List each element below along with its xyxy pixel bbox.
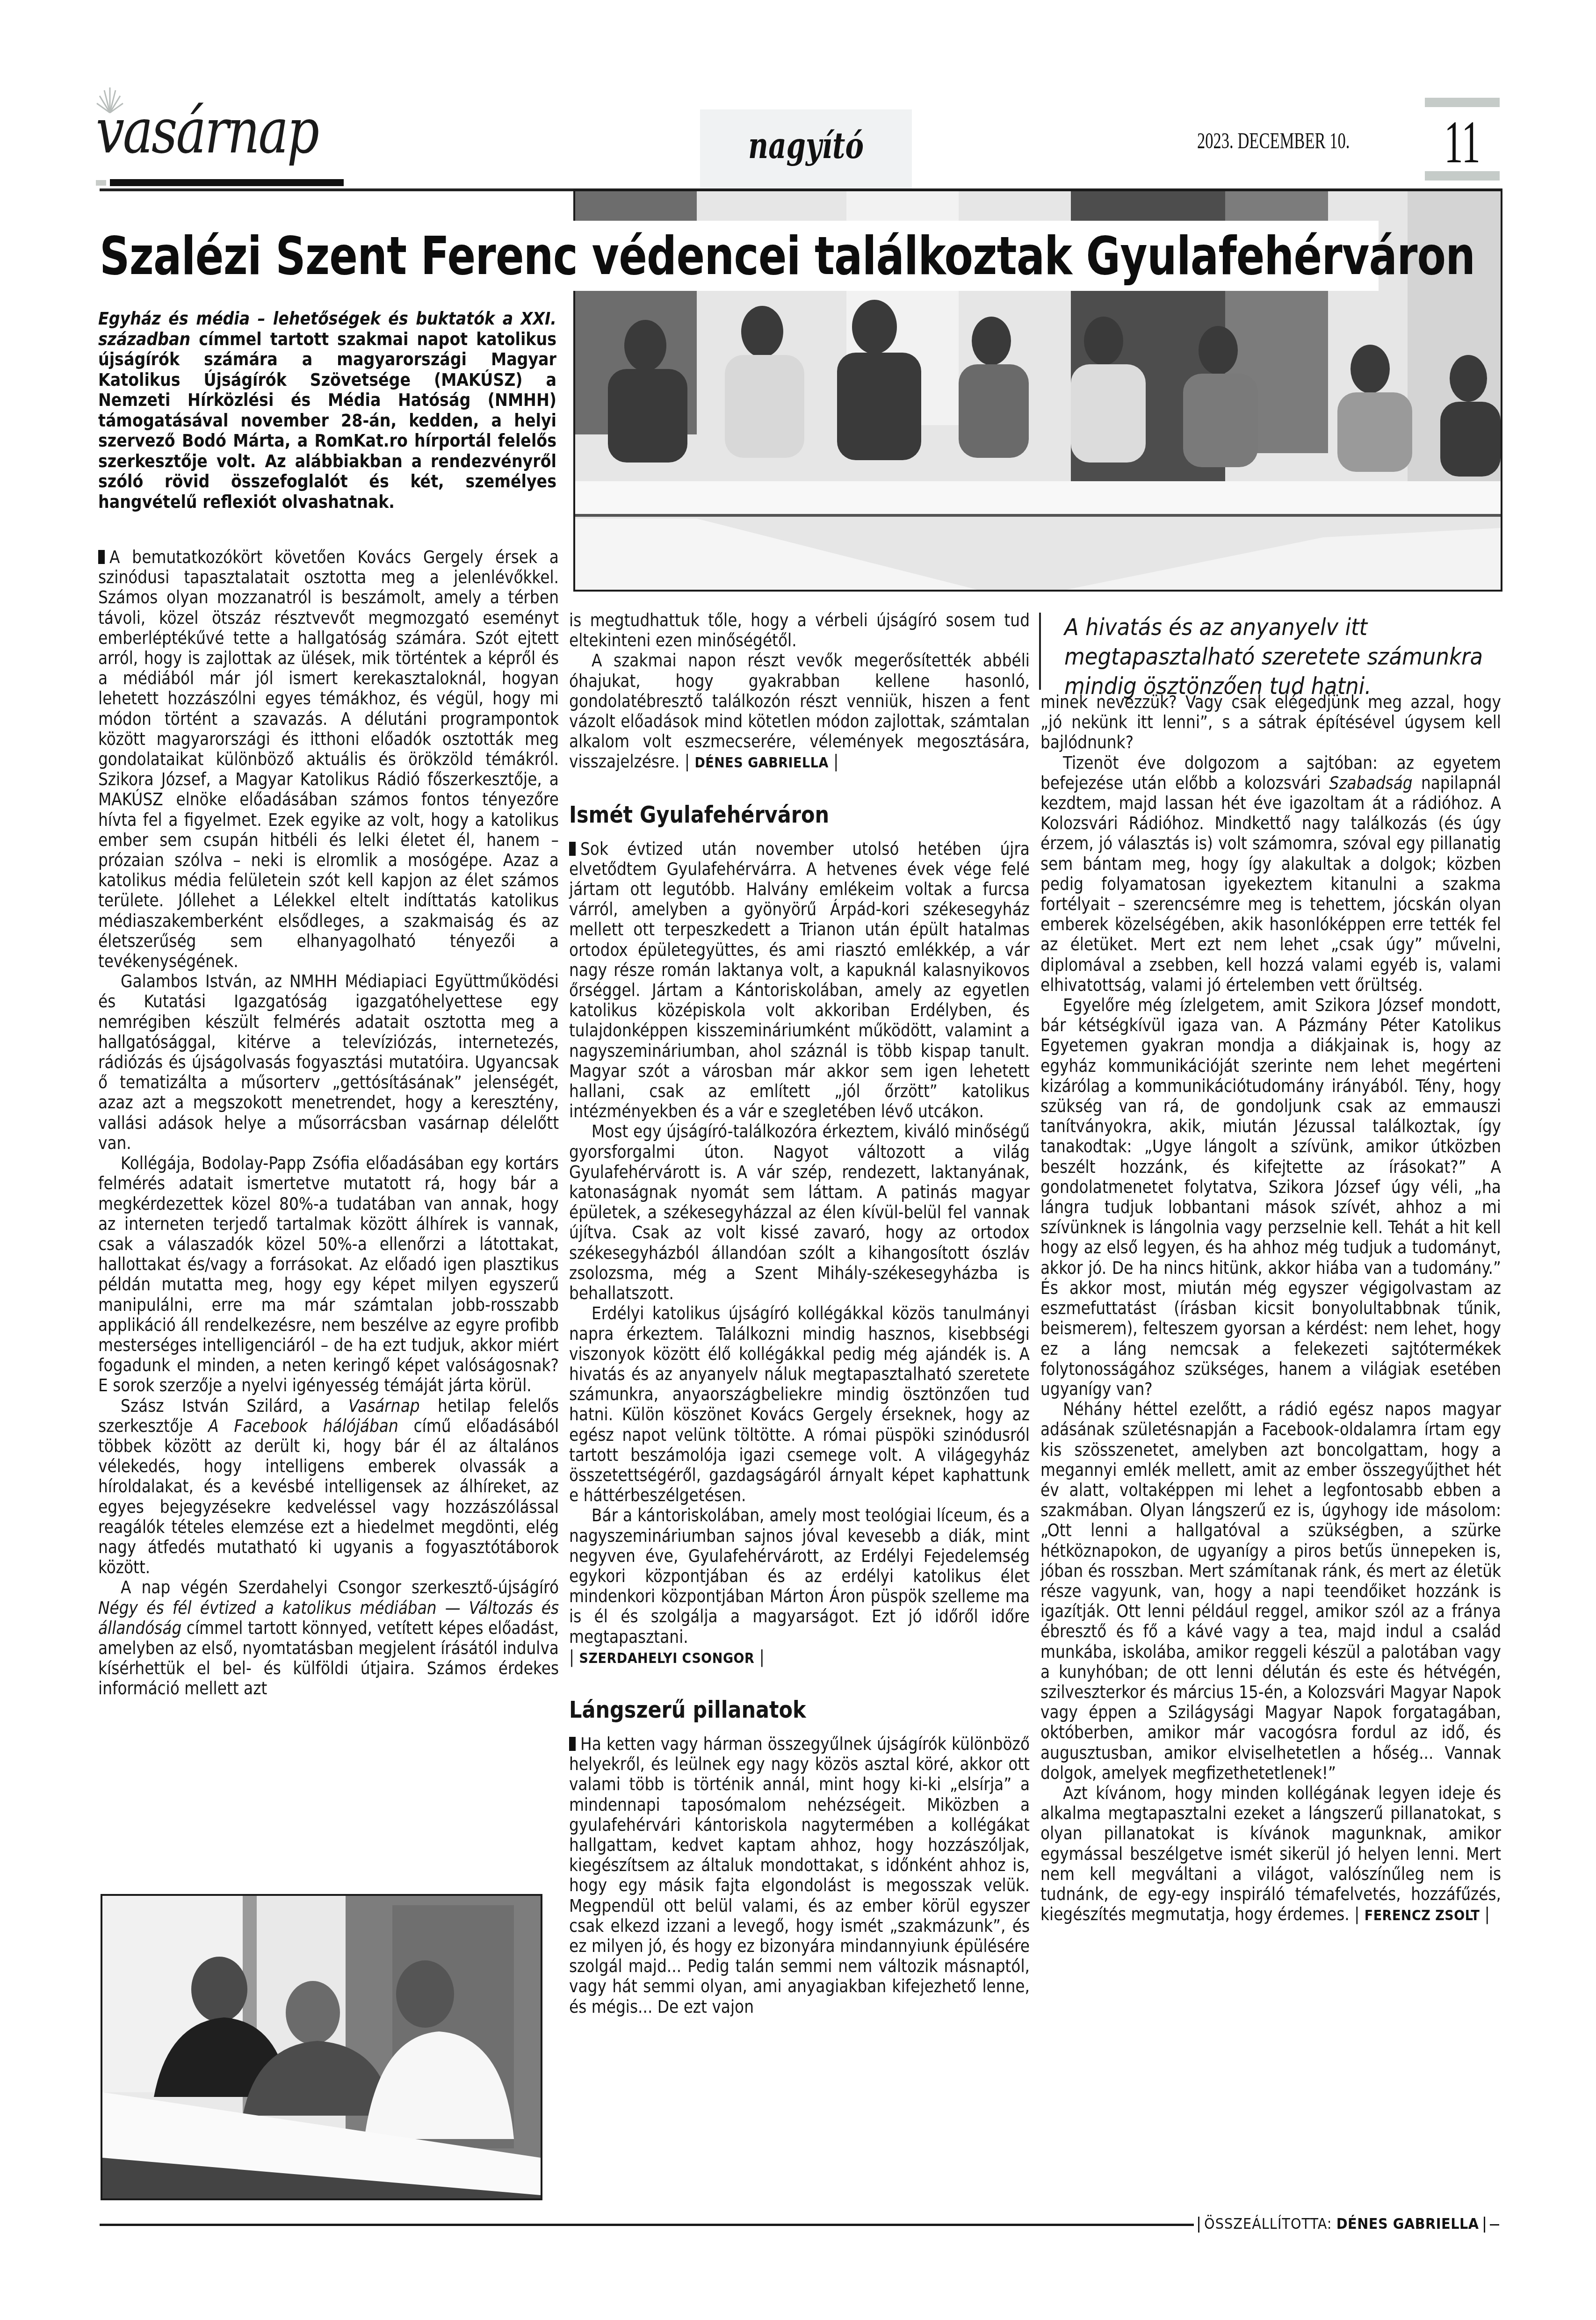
page-number-bar-top	[1425, 98, 1500, 107]
bottom-photo	[101, 1894, 542, 2200]
paragraph-marker-icon	[98, 550, 105, 564]
paragraph: A szakmai napon részt vevők megerősített…	[569, 650, 1030, 773]
paragraph: is megtudhattuk tőle, hogy a vérbeli újs…	[569, 610, 1030, 650]
page-number-box: 11	[1425, 98, 1500, 191]
column-right: minek nevezzük? Vagy csak elégedjünk meg…	[1040, 692, 1501, 1926]
article-lead: Egyház és média – lehetőségek és buktató…	[98, 309, 556, 512]
page-number: 11	[1439, 112, 1485, 173]
subheading: Lángszerű pillanatok	[569, 1696, 965, 1724]
issue-date: 2023. DECEMBER 10.	[1197, 127, 1332, 155]
paragraph: Tizenöt éve dolgozom a sajtóban: az egye…	[1040, 753, 1501, 995]
author-byline: DÉNES GABRIELLA	[694, 755, 828, 771]
logo-text: vasárnap	[96, 101, 318, 162]
paragraph: Ha ketten vagy hárman összegyűlnek újság…	[569, 1734, 1030, 2017]
paragraph-marker-icon	[569, 1737, 576, 1751]
paragraph: Bár a kántoriskolában, amely most teológ…	[569, 1505, 1030, 1647]
paragraph: A bemutatkozókört követően Kovács Gergel…	[98, 547, 559, 971]
credit-name: DÉNES GABRIELLA	[1336, 2215, 1479, 2233]
paragraph: Sok évtized után november utolsó hetében…	[569, 839, 1030, 1122]
paragraph: A nap végén Szerdahelyi Csongor szerkesz…	[98, 1577, 559, 1698]
masthead-logo: vasárnap	[96, 91, 344, 171]
headline-box: Szalézi Szent Ferenc védencei találkozta…	[100, 221, 1379, 291]
paragraph: Kollégája, Bodolay-Papp Zsófia előadásáb…	[98, 1153, 559, 1395]
paragraph: minek nevezzük? Vagy csak elégedjünk meg…	[1040, 692, 1501, 753]
byline-line: | SZERDAHELYI CSONGOR |	[569, 1647, 1030, 1669]
logo-underline-accent	[96, 180, 106, 186]
lead-text: címmel tartott szakmai napot katolikus ú…	[98, 329, 556, 512]
paragraph-marker-icon	[569, 842, 576, 856]
participants-photo-illustration	[102, 1896, 541, 2198]
paragraph: Szász István Szilárd, a Vasárnap hetilap…	[98, 1396, 559, 1578]
logo-underline	[110, 179, 344, 186]
compiler-credit: ÖSSZEÁLLÍTOTTA: DÉNES GABRIELLA	[1193, 2210, 1502, 2238]
column-left: A bemutatkozókört követően Kovács Gergel…	[98, 547, 559, 1699]
paragraph: Azt kívánom, hogy minden kollégának legy…	[1040, 1783, 1501, 1926]
subheading: Ismét Gyulafehérváron	[569, 801, 965, 829]
article-headline: Szalézi Szent Ferenc védencei találkozta…	[100, 230, 1475, 282]
section-tab: nagyító	[700, 109, 912, 189]
section-label: nagyító	[723, 128, 888, 164]
paragraph: Erdélyi katolikus újságíró kollégákkal k…	[569, 1303, 1030, 1505]
credit-label: ÖSSZEÁLLÍTOTTA:	[1204, 2215, 1332, 2233]
paragraph: Most egy újságíró-találkozóra érkeztem, …	[569, 1121, 1030, 1303]
paragraph: Néhány héttel ezelőtt, a rádió egész nap…	[1040, 1399, 1501, 1783]
paragraph: Egyelőre még ízlelgetem, amit Szikora Jó…	[1040, 995, 1501, 1399]
column-middle: is megtudhattuk tőle, hogy a vérbeli újs…	[569, 610, 1030, 2017]
author-byline: SZERDAHELYI CSONGOR	[579, 1650, 755, 1667]
author-byline: FERENCZ ZSOLT	[1365, 1908, 1480, 1924]
paragraph: Galambos István, az NMHH Médiapiaci Együ…	[98, 971, 559, 1153]
page-number-bar-bottom	[1425, 171, 1500, 181]
bottom-rule	[100, 2224, 1194, 2226]
pull-quote: A hivatás és az anyanyelv itt megtapaszt…	[1039, 613, 1497, 690]
